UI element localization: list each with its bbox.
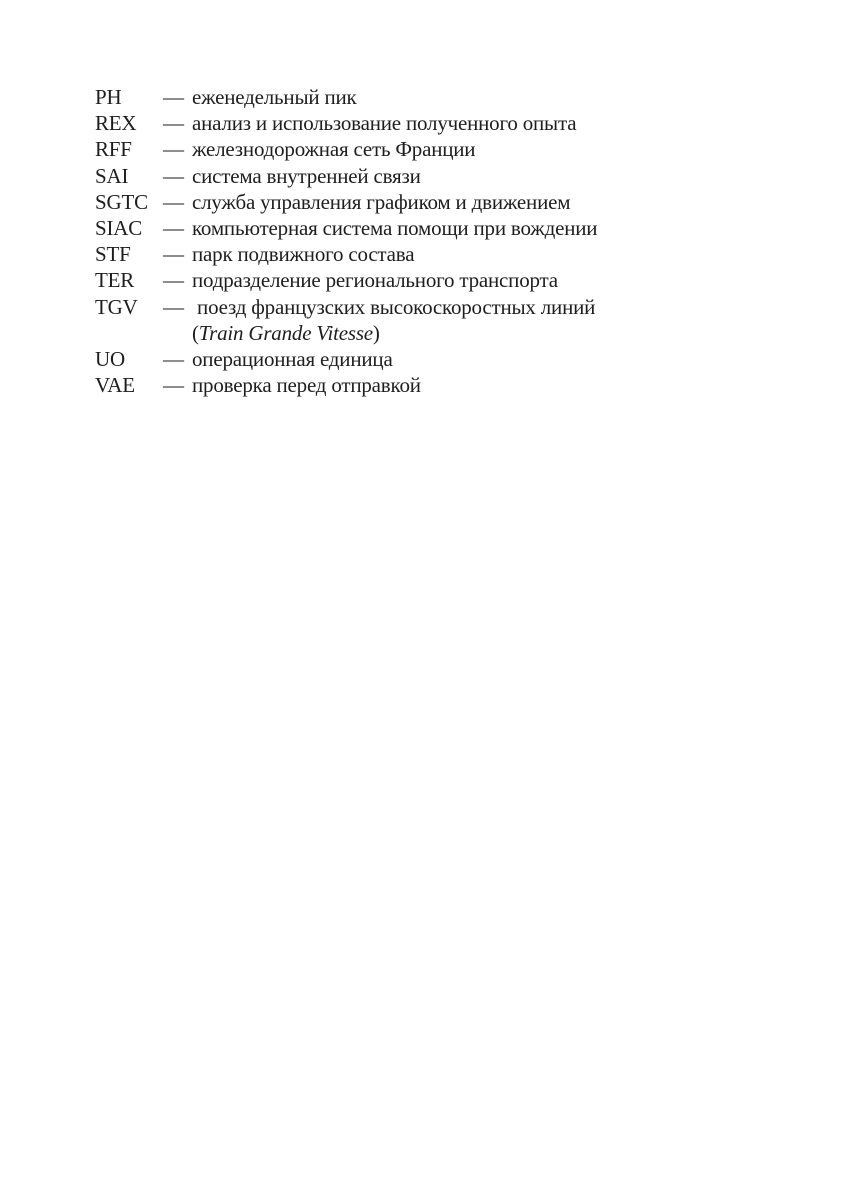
abbreviation: RFF bbox=[95, 136, 163, 162]
glossary-entry-ph: PH — еженедельный пик bbox=[95, 84, 597, 110]
definition: операционная единица bbox=[192, 346, 597, 372]
dash-separator: — bbox=[163, 241, 192, 267]
definition: парк подвижного состава bbox=[192, 241, 597, 267]
dash-separator: — bbox=[163, 136, 192, 162]
dash-separator: — bbox=[163, 84, 192, 110]
glossary-entry-tgv-continuation: (Train Grande Vitesse) bbox=[95, 320, 597, 346]
dash-separator: — bbox=[163, 110, 192, 136]
definition: еженедельный пик bbox=[192, 84, 597, 110]
glossary-entry-rex: REX — анализ и использование полученного… bbox=[95, 110, 597, 136]
paren-open: ( bbox=[192, 320, 199, 346]
glossary-entry-siac: SIAC — компьютерная система помощи при в… bbox=[95, 215, 597, 241]
dash-separator: — bbox=[163, 372, 192, 398]
dash-separator: — bbox=[163, 189, 192, 215]
abbreviation: SIAC bbox=[95, 215, 163, 241]
definition: подразделение регионального транспорта bbox=[192, 267, 597, 293]
definition: поезд французских высокоскоростных линий bbox=[192, 294, 597, 320]
italic-term: Train Grande Vitesse bbox=[199, 320, 373, 346]
dash-separator: — bbox=[163, 163, 192, 189]
definition: проверка перед отправкой bbox=[192, 372, 597, 398]
dash-separator: — bbox=[163, 215, 192, 241]
abbreviation: VAE bbox=[95, 372, 163, 398]
glossary-entry-ter: TER — подразделение регионального трансп… bbox=[95, 267, 597, 293]
glossary-entry-stf: STF — парк подвижного состава bbox=[95, 241, 597, 267]
glossary-list: PH — еженедельный пик REX — анализ и исп… bbox=[95, 84, 597, 398]
abbreviation: PH bbox=[95, 84, 163, 110]
abbreviation: TGV bbox=[95, 294, 163, 320]
definition: железнодорожная сеть Франции bbox=[192, 136, 597, 162]
glossary-entry-tgv: TGV — поезд французских высокоскоростных… bbox=[95, 294, 597, 320]
abbreviation: UO bbox=[95, 346, 163, 372]
definition: компьютерная система помощи при вождении bbox=[192, 215, 597, 241]
definition: анализ и использование полученного опыта bbox=[192, 110, 597, 136]
dash-separator: — bbox=[163, 267, 192, 293]
definition: система внутренней связи bbox=[192, 163, 597, 189]
glossary-entry-vae: VAE — проверка перед отправкой bbox=[95, 372, 597, 398]
abbreviation: STF bbox=[95, 241, 163, 267]
abbreviation: TER bbox=[95, 267, 163, 293]
abbreviation: REX bbox=[95, 110, 163, 136]
paren-close: ) bbox=[373, 320, 380, 346]
glossary-entry-uo: UO — операционная единица bbox=[95, 346, 597, 372]
abbreviation: SAI bbox=[95, 163, 163, 189]
abbreviation: SGTC bbox=[95, 189, 163, 215]
dash-separator: — bbox=[163, 346, 192, 372]
glossary-entry-sgtc: SGTC — служба управления графиком и движ… bbox=[95, 189, 597, 215]
definition: служба управления графиком и движением bbox=[192, 189, 597, 215]
glossary-entry-rff: RFF — железнодорожная сеть Франции bbox=[95, 136, 597, 162]
glossary-entry-sai: SAI — система внутренней связи bbox=[95, 163, 597, 189]
dash-separator: — bbox=[163, 294, 192, 320]
